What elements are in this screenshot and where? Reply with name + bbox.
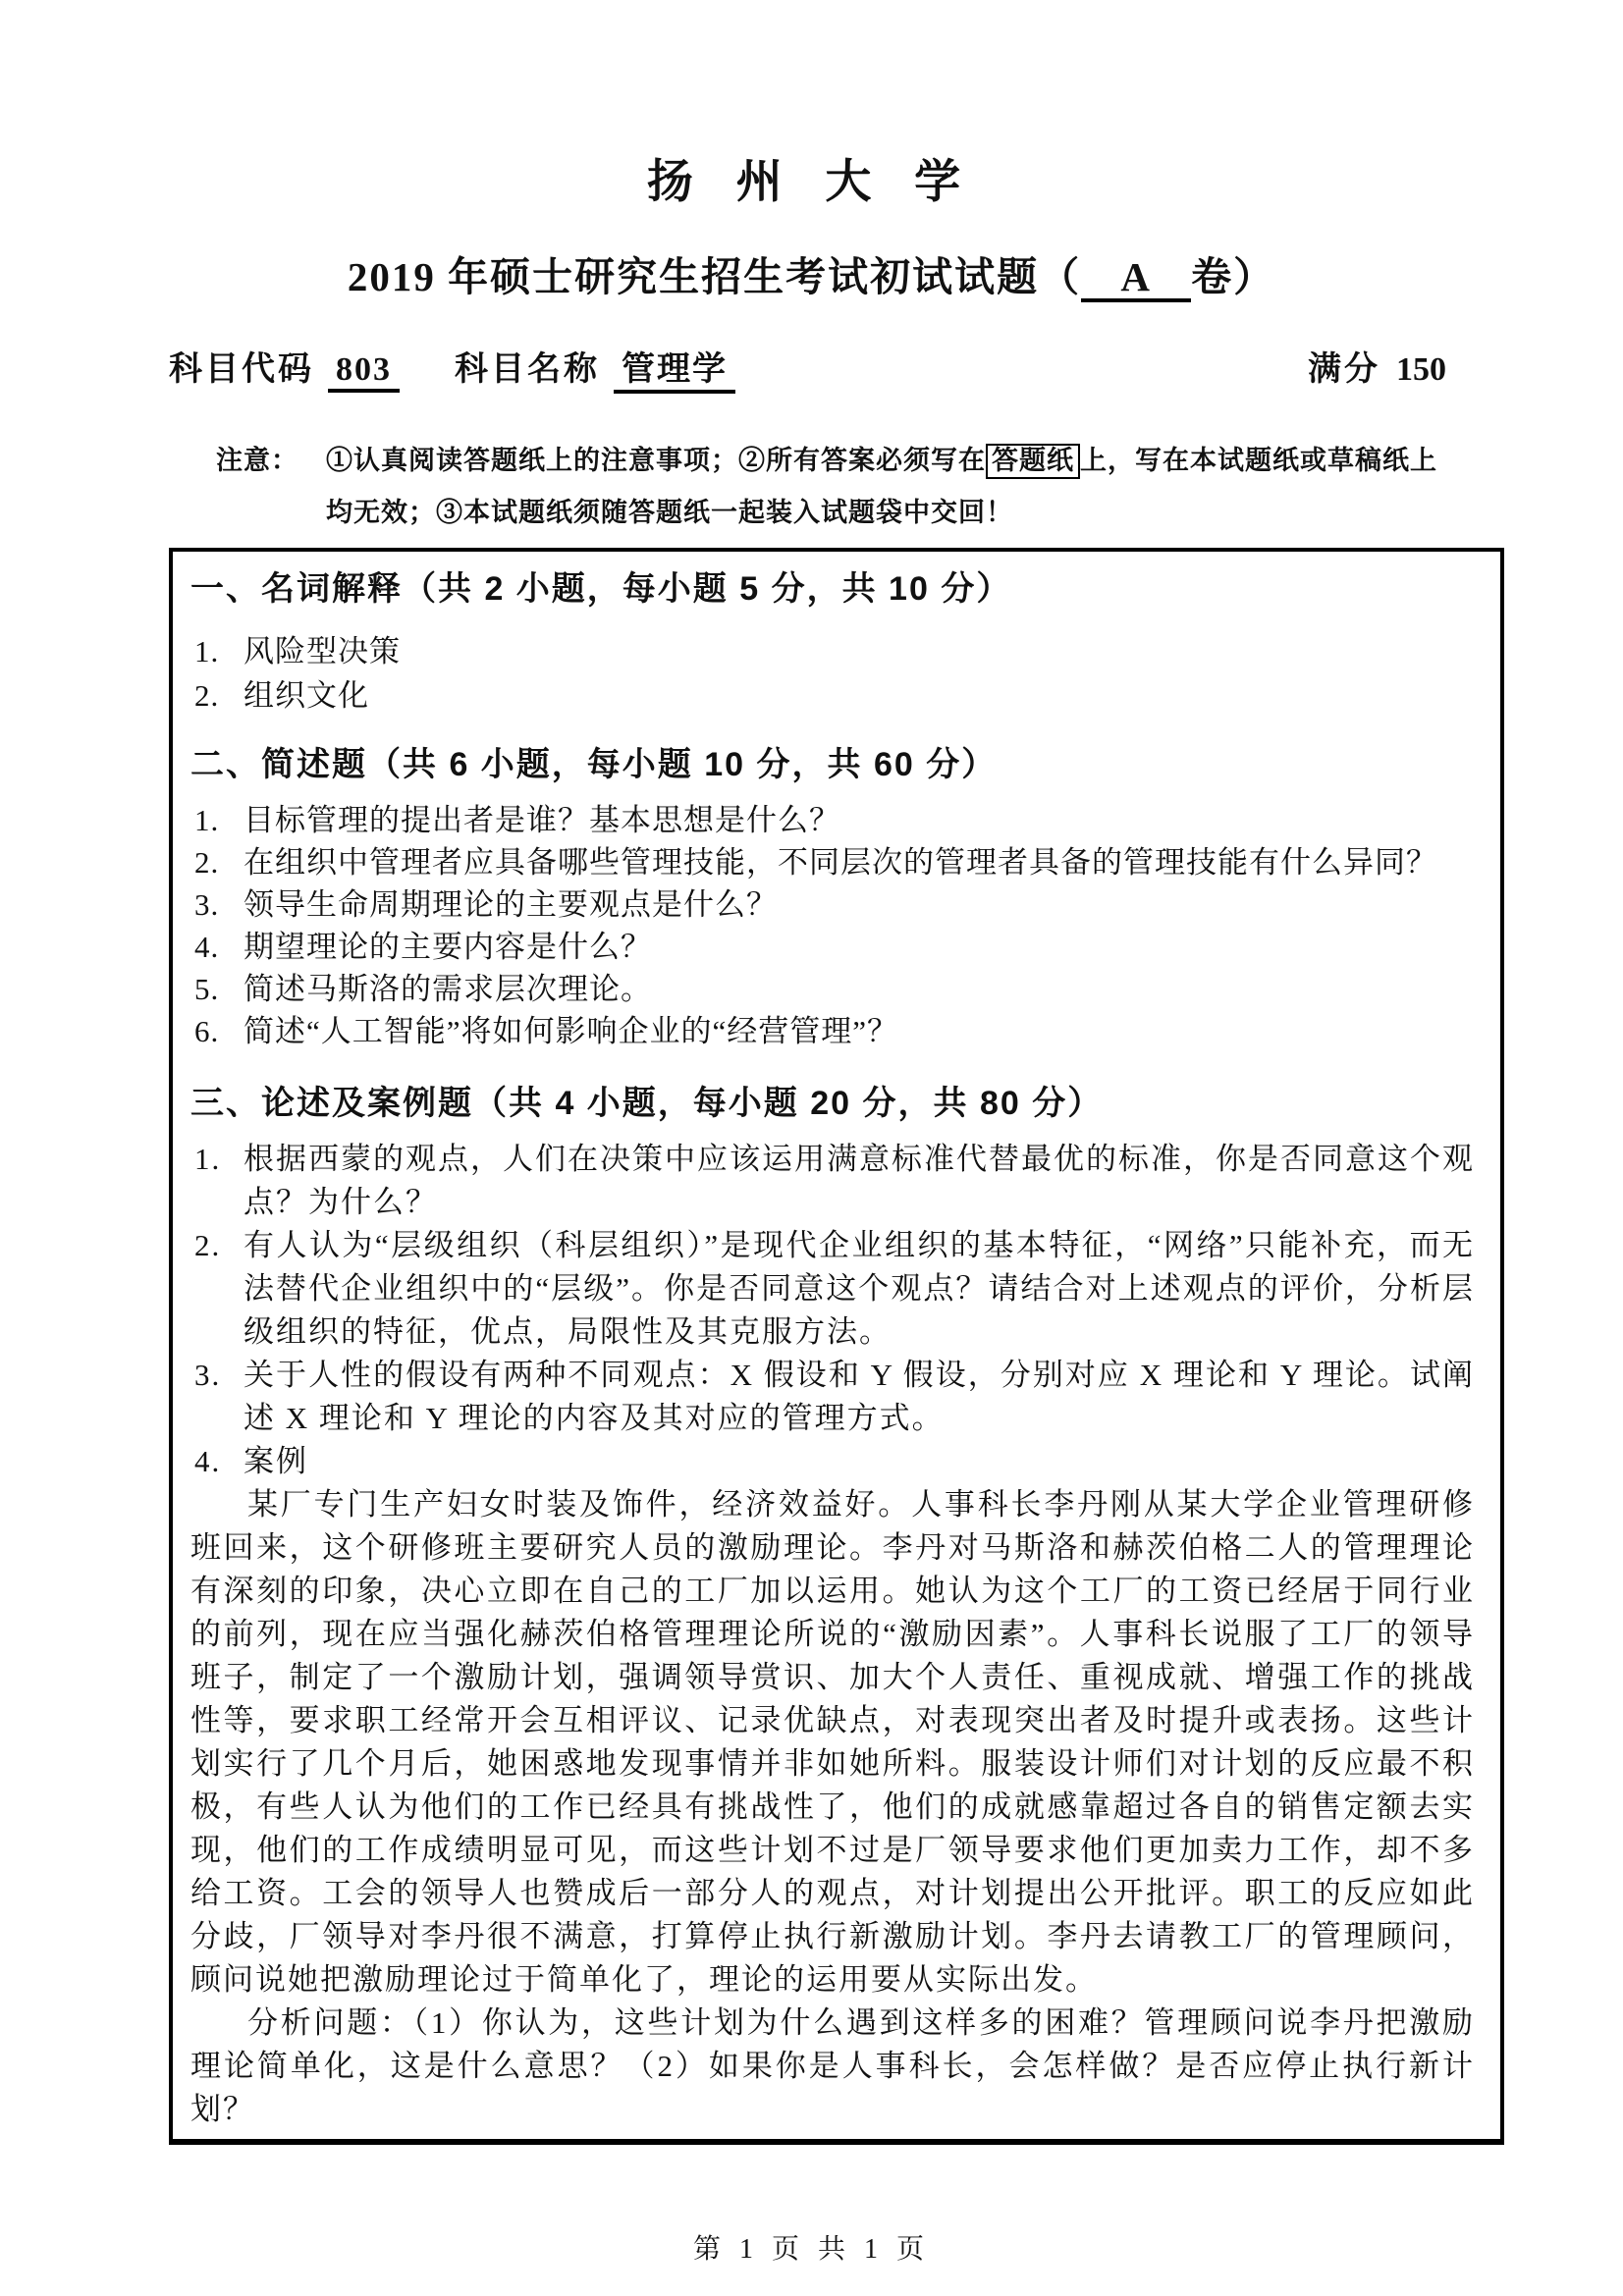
question-number: 1. [190, 629, 243, 673]
question-item: 5. 简述马斯洛的需求层次理论。 [190, 968, 1475, 1010]
subject-meta-row: 科目代码 803 科目名称 管理学 满分 150 [169, 342, 1446, 394]
exam-title: 2019 年硕士研究生招生考试初试试题（A卷） [0, 244, 1623, 302]
notice-body: ①认真阅读答题纸上的注意事项；②所有答案必须写在答题纸上，写在本试题纸或草稿纸上… [326, 435, 1500, 538]
question-item: 3. 领导生命周期理论的主要观点是什么？ [190, 883, 1475, 926]
section-1-title: 一、名词解释（共 2 小题，每小题 5 分，共 10 分） [190, 569, 1475, 610]
page-footer: 第 1 页 共 1 页 [0, 2227, 1623, 2267]
subject-code-label: 科目代码 [169, 342, 314, 390]
question-text: 风险型决策 [243, 629, 1475, 673]
notice-line1-before: ①认真阅读答题纸上的注意事项；②所有答案必须写在 [326, 446, 986, 475]
question-text: 关于人性的假设有两种不同观点：X 假设和 Y 假设，分别对应 X 理论和 Y 理… [243, 1354, 1475, 1440]
subject-name-value: 管理学 [614, 342, 735, 394]
question-number: 2. [190, 673, 243, 718]
question-item: 4. 期望理论的主要内容是什么？ [190, 926, 1475, 968]
notice-block: 注意： ①认真阅读答题纸上的注意事项；②所有答案必须写在答题纸上，写在本试题纸或… [216, 435, 1500, 538]
case-study-text: 某厂专门生产妇女时装及饰件，经济效益好。人事科长李丹刚从某大学企业管理研修班回来… [190, 1483, 1475, 2131]
question-item: 1. 根据西蒙的观点，人们在决策中应该运用满意标准代替最优的标准，你是否同意这个… [190, 1138, 1475, 1224]
question-text: 期望理论的主要内容是什么？ [243, 926, 1475, 968]
question-text: 简述“人工智能”将如何影响企业的“经营管理”？ [243, 1010, 1475, 1052]
question-text: 领导生命周期理论的主要观点是什么？ [243, 883, 1475, 926]
question-text: 目标管理的提出者是谁？基本思想是什么？ [243, 799, 1475, 841]
question-item: 4. 案例 [190, 1440, 1475, 1483]
full-score-label: 满分 [1308, 342, 1380, 390]
question-item: 1. 目标管理的提出者是谁？基本思想是什么？ [190, 799, 1475, 841]
question-text: 案例 [243, 1440, 1475, 1483]
question-number: 6. [190, 1010, 243, 1052]
full-score-value: 150 [1396, 351, 1446, 389]
notice-line1-after: 上，写在本试题纸或草稿纸上 [1080, 446, 1437, 475]
question-number: 4. [190, 926, 243, 968]
question-item: 6. 简述“人工智能”将如何影响企业的“经营管理”？ [190, 1010, 1475, 1052]
exam-paper-page: 扬 州 大 学 2019 年硕士研究生招生考试初试试题（A卷） 科目代码 803… [0, 0, 1623, 2296]
question-text: 组织文化 [243, 673, 1475, 718]
question-number: 3. [190, 1354, 243, 1440]
question-number: 4. [190, 1440, 243, 1483]
paper-letter: A [1081, 256, 1191, 302]
question-number: 3. [190, 883, 243, 926]
question-item: 1. 风险型决策 [190, 629, 1475, 673]
question-item: 2. 有人认为“层级组织（科层组织）”是现代企业组织的基本特征，“网络”只能补充… [190, 1224, 1475, 1354]
exam-title-suffix: 卷） [1191, 254, 1275, 299]
subject-name-label: 科目名称 [455, 342, 600, 390]
section-3-title: 三、论述及案例题（共 4 小题，每小题 20 分，共 80 分） [190, 1084, 1475, 1124]
subject-code-value: 803 [328, 351, 400, 393]
question-number: 2. [190, 841, 243, 883]
full-score-group: 满分 150 [1308, 342, 1446, 390]
question-number: 1. [190, 1138, 243, 1224]
university-title: 扬 州 大 学 [0, 0, 1623, 211]
question-item: 2. 在组织中管理者应具备哪些管理技能，不同层次的管理者具备的管理技能有什么异同… [190, 841, 1475, 883]
question-number: 5. [190, 968, 243, 1010]
questions-frame: 一、名词解释（共 2 小题，每小题 5 分，共 10 分） 1. 风险型决策 2… [169, 548, 1504, 2144]
notice-line2: 均无效；③本试题纸须随答题纸一起装入试题袋中交回！ [326, 487, 1500, 539]
question-text: 有人认为“层级组织（科层组织）”是现代企业组织的基本特征，“网络”只能补充，而无… [243, 1224, 1475, 1354]
case-paragraph: 某厂专门生产妇女时装及饰件，经济效益好。人事科长李丹刚从某大学企业管理研修班回来… [190, 1483, 1475, 2002]
case-questions-paragraph: 分析问题：（1）你认为，这些计划为什么遇到这样多的困难？管理顾问说李丹把激励理论… [190, 2002, 1475, 2131]
exam-title-prefix: 2019 年硕士研究生招生考试初试试题（ [348, 254, 1081, 299]
section-terms: 一、名词解释（共 2 小题，每小题 5 分，共 10 分） 1. 风险型决策 2… [190, 569, 1475, 718]
question-text: 在组织中管理者应具备哪些管理技能，不同层次的管理者具备的管理技能有什么异同？ [243, 841, 1475, 883]
question-item: 3. 关于人性的假设有两种不同观点：X 假设和 Y 假设，分别对应 X 理论和 … [190, 1354, 1475, 1440]
notice-boxed-term: 答题纸 [986, 444, 1080, 479]
question-number: 1. [190, 799, 243, 841]
section-short-answer: 二、简述题（共 6 小题，每小题 10 分，共 60 分） 1. 目标管理的提出… [190, 745, 1475, 1052]
notice-label: 注意： [216, 435, 326, 538]
question-item: 2. 组织文化 [190, 673, 1475, 718]
section-2-title: 二、简述题（共 6 小题，每小题 10 分，共 60 分） [190, 745, 1475, 785]
section-essay-case: 三、论述及案例题（共 4 小题，每小题 20 分，共 80 分） 1. 根据西蒙… [190, 1084, 1475, 2131]
question-text: 根据西蒙的观点，人们在决策中应该运用满意标准代替最优的标准，你是否同意这个观点？… [243, 1138, 1475, 1224]
question-text: 简述马斯洛的需求层次理论。 [243, 968, 1475, 1010]
question-number: 2. [190, 1224, 243, 1354]
